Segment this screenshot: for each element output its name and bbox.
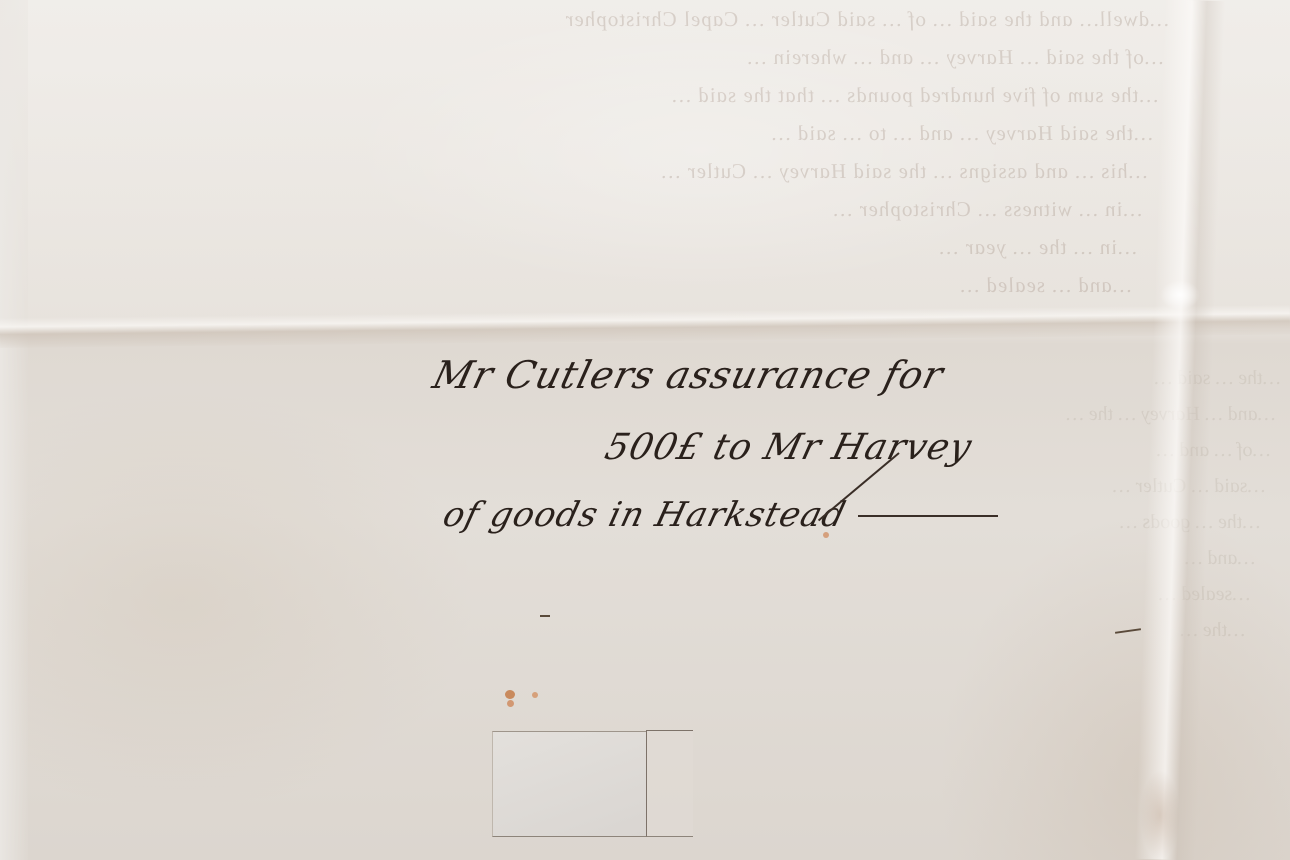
faded-line: …the …: [13, 612, 1248, 648]
faded-line: …of the said … Harvey … and … wherein …: [41, 38, 1166, 76]
label-slot-outline: [646, 730, 693, 837]
faded-line: …in … the … year …: [14, 228, 1139, 266]
rust-stain: [507, 700, 514, 707]
faded-show-through-upper: …dwell… and the said … of … said Cutler …: [8, 0, 1172, 310]
ink-mark: [540, 615, 550, 617]
vellum-document: …dwell… and the said … of … said Cutler …: [0, 0, 1290, 860]
faded-line: …and … sealed …: [9, 266, 1134, 304]
pen-flourish: [858, 515, 998, 517]
rust-stain: [823, 532, 829, 538]
paper-label-patch: [492, 731, 647, 837]
rust-stain: [532, 692, 538, 698]
handwritten-endorsement: Mr Cutlers assurance for 500£ to Mr Harv…: [428, 335, 1008, 575]
faded-line: …in … witness … Christopher …: [20, 190, 1145, 228]
crease-intersection: [1160, 280, 1200, 310]
left-edge: [0, 0, 28, 860]
brown-stain: [1140, 770, 1180, 860]
faded-line: …the sum of five hundred pounds … that t…: [36, 76, 1161, 114]
endorsement-line-3: of goods in Harkstead: [439, 495, 850, 535]
faded-line: …sealed …: [18, 576, 1253, 612]
endorsement-line-2: 500£ to Mr Harvey: [601, 427, 976, 468]
faded-line: …his … and assigns … the said Harvey … C…: [25, 152, 1150, 190]
faded-line: …the said Harvey … and … to … said …: [30, 114, 1155, 152]
faded-line: …dwell… and the said … of … said Cutler …: [46, 0, 1171, 38]
endorsement-line-1: Mr Cutlers assurance for: [429, 353, 949, 397]
rust-stain: [505, 690, 515, 699]
